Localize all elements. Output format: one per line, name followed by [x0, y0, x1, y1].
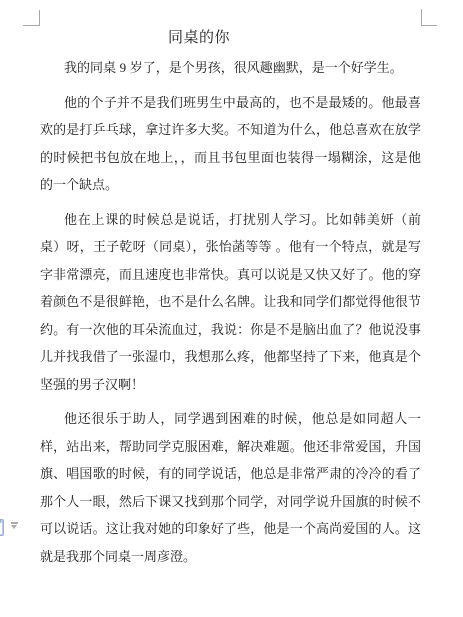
document-page: 同桌的你 我的同桌 9 岁了，是个男孩，很风趣幽默，是一个好学生。他的个子并不是…	[0, 0, 463, 617]
chevron-triangle	[11, 525, 17, 529]
paragraph: 他在上课的时候总是说话，打扰别人学习。比如韩美妍（前桌）呀，王子乾呀（同桌），张…	[40, 206, 421, 399]
paragraph: 我的同桌 9 岁了，是个男孩，很风趣幽默，是一个好学生。	[40, 54, 421, 82]
chevron-down-icon[interactable]	[10, 522, 18, 529]
text-boundary-mark-top-left	[23, 10, 40, 26]
chevron-bar	[11, 522, 18, 524]
inline-number: 9	[120, 60, 127, 75]
clipboard-paper	[0, 523, 2, 534]
paragraph: 他的个子并不是我们班男生中最高的，也不是最矮的。他最喜欢的是打乒乓球，拿过许多大…	[40, 89, 421, 199]
clipboard-icon	[0, 519, 4, 536]
document-text-area[interactable]: 同桌的你 我的同桌 9 岁了，是个男孩，很风趣幽默，是一个好学生。他的个子并不是…	[40, 28, 421, 577]
clipboard-clip	[0, 519, 1, 522]
paste-options-button[interactable]	[0, 518, 21, 538]
document-body: 我的同桌 9 岁了，是个男孩，很风趣幽默，是一个好学生。他的个子并不是我们班男生…	[40, 54, 421, 570]
document-title: 同桌的你	[40, 28, 421, 48]
paragraph: 他还很乐于助人，同学遇到困难的时候，他总是如同超人一样，站出来，帮助同学克服困难…	[40, 405, 421, 570]
text-boundary-mark-top-right	[421, 9, 437, 26]
